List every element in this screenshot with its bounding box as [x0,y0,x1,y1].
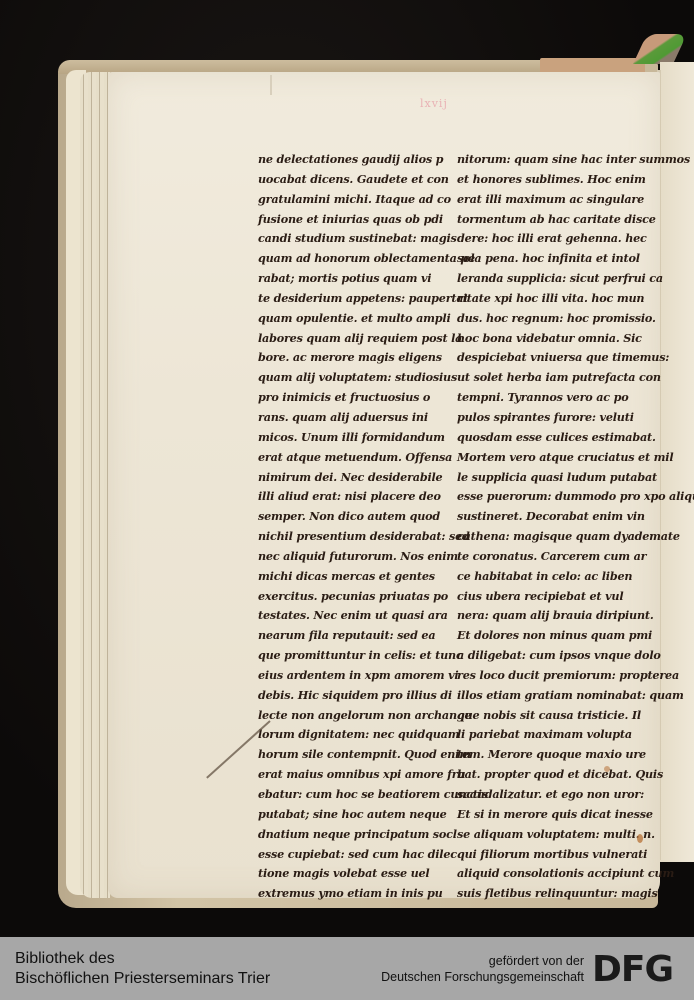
manuscript-line: illi aliud erat: nisi placere deo [258,487,428,507]
library-name: Bibliothek des Bischöflichen Priestersem… [15,949,270,989]
manuscript-line: rans. quam alij aduersus ini [258,408,428,428]
manuscript-line: lorum dignitatem: nec quidquam [258,725,428,745]
manuscript-line: lecte non angelorum non archange [258,706,428,726]
manuscript-line: exercitus. pecunias priuatas po [258,587,428,607]
manuscript-line: extremus ymo etiam in inis pu [258,884,428,904]
manuscript-line: fusione et iniurias quas ob pdi [258,210,428,230]
manuscript-line: cathena: magisque quam dyademate [457,527,632,547]
manuscript-line: quosdam esse culices estimabat. [457,428,632,448]
manuscript-line: labores quam alij requiem post la [258,329,428,349]
manuscript-line: aliquid consolationis accipiunt cum [457,864,632,884]
manuscript-line: sustineret. Decorabat enim vin [457,507,632,527]
manuscript-line: cius ubera recipiebat et vul [457,587,632,607]
library-name-line2: Bischöflichen Priesterseminars Trier [15,969,270,989]
library-name-line1: Bibliothek des [15,949,270,969]
manuscript-line: nec aliquid futurorum. Nos enim [258,547,428,567]
manuscript-line: le supplicia quasi ludum putabat [457,468,632,488]
manuscript-line: Et dolores non minus quam pmi [457,626,632,646]
manuscript-line: erat atque metuendum. Offensa [258,448,428,468]
manuscript-line: res loco ducit premiorum: propterea [457,666,632,686]
manuscript-line: micos. Unum illi formidandum [258,428,428,448]
manuscript-line: leranda supplicia: sicut perfrui ca [457,269,632,289]
manuscript-line: hoc bona videbatur omnia. Sic [457,329,632,349]
manuscript-line: se aliquam voluptatem: multi. n. [457,825,632,845]
manuscript-line: tione magis volebat esse uel [258,864,428,884]
manuscript-viewer[interactable]: lxvij ne delectationes gaudij alios puoc… [0,0,694,935]
manuscript-line: qui filiorum mortibus vulnerati [457,845,632,865]
manuscript-line: ne delectationes gaudij alios p [258,150,428,170]
manuscript-line: tormentum ab hac caritate disce [457,210,632,230]
manuscript-line: putabat; sine hoc autem neque [258,805,428,825]
manuscript-line: li pariebat maximam volupta [457,725,632,745]
manuscript-line: nearum fila reputauit: sed ea [258,626,428,646]
manuscript-line: bore. ac merore magis eligens [258,348,428,368]
manuscript-line: tem. Merore quoque maxio ure [457,745,632,765]
manuscript-line: despiciebat vniuersa que timemus: [457,348,632,368]
manuscript-line: nera: quam alij brauia diripiunt. [457,606,632,626]
manuscript-line: a diligebat: cum ipsos vnque dolo [457,646,632,666]
manuscript-line: suis fletibus relinquuntur: magis [457,884,632,904]
funding-line2: Deutschen Forschungsgemeinschaft [381,969,584,985]
manuscript-line: sola pena. hoc infinita et intol [457,249,632,269]
manuscript-line: eius ardentem in xpm amorem vi [258,666,428,686]
footer-bar: Bibliothek des Bischöflichen Priestersem… [0,937,694,1000]
funding-note: gefördert von der Deutschen Forschungsge… [381,953,584,985]
manuscript-line: pro inimicis et fructuosius o [258,388,428,408]
manuscript-line: te coronatus. Carcerem cum ar [457,547,632,567]
manuscript-line: horum sile contempnit. Quod enim [258,745,428,765]
manuscript-line: nichil presentium desiderabat: sed [258,527,428,547]
manuscript-line: esse cupiebat: sed cum hac dilec [258,845,428,865]
foxing-stain [637,834,643,843]
manuscript-line: scandalizatur. et ego non uror: [457,785,632,805]
page-stack-edge [80,72,110,898]
manuscript-line: testates. Nec enim ut quasi ara [258,606,428,626]
manuscript-line: dere: hoc illi erat gehenna. hec [457,229,632,249]
manuscript-line: esse puerorum: dummodo pro xpo aliquid [457,487,632,507]
manuscript-line: Mortem vero atque cruciatus et mil [457,448,632,468]
funding-line1: gefördert von der [381,953,584,969]
manuscript-line: gratulamini michi. Itaque ad co [258,190,428,210]
manuscript-line: nimirum dei. Nec desiderabile [258,468,428,488]
manuscript-line: illos etiam gratiam nominabat: quam [457,686,632,706]
manuscript-line: que nobis sit causa tristicie. Il [457,706,632,726]
manuscript-line: erat maius omnibus xpi amore fru [258,765,428,785]
manuscript-line: dus. hoc regnum: hoc promissio. [457,309,632,329]
manuscript-line: debis. Hic siquidem pro illius di [258,686,428,706]
manuscript-line: te desiderium appetens: paupertat [258,289,428,309]
manuscript-line: semper. Non dico autem quod [258,507,428,527]
manuscript-line: dnatium neque principatum socl [258,825,428,845]
manuscript-line: et honores sublimes. Hoc enim [457,170,632,190]
manuscript-line: erat illi maximum ac singulare [457,190,632,210]
manuscript-line: ebatur: cum hoc se beatiorem cunctis [258,785,428,805]
folio-number: lxvij [420,97,448,110]
manuscript-line: quam alij voluptatem: studiosius [258,368,428,388]
dfg-logo-icon: DFG [592,953,673,987]
manuscript-line: ce habitabat in celo: ac liben [457,567,632,587]
green-page-marker [633,34,687,64]
foxing-stain [604,766,610,772]
manuscript-line: nitorum: quam sine hac inter summos [457,150,632,170]
manuscript-line: michi dicas mercas et gentes [258,567,428,587]
text-column-right: nitorum: quam sine hac inter summoset ho… [457,150,632,904]
page-fold-mark [270,75,272,95]
manuscript-line: quam ad honorum oblectamenta pe [258,249,428,269]
manuscript-line: quam opulentie. et multo ampli [258,309,428,329]
manuscript-line: Et si in merore quis dicat inesse [457,805,632,825]
manuscript-line: pulos spirantes furore: veluti [457,408,632,428]
text-column-left: ne delectationes gaudij alios puocabat d… [258,150,428,904]
manuscript-line: ut solet herba iam putrefacta con [457,368,632,388]
manuscript-line: candi studium sustinebat: magis [258,229,428,249]
manuscript-line: uocabat dicens. Gaudete et con [258,170,428,190]
manuscript-line: ritate xpi hoc illi vita. hoc mun [457,289,632,309]
manuscript-line: que promittuntur in celis: et tunc [258,646,428,666]
manuscript-line: rabat; mortis potius quam vi [258,269,428,289]
manuscript-line: tempni. Tyrannos vero ac po [457,388,632,408]
